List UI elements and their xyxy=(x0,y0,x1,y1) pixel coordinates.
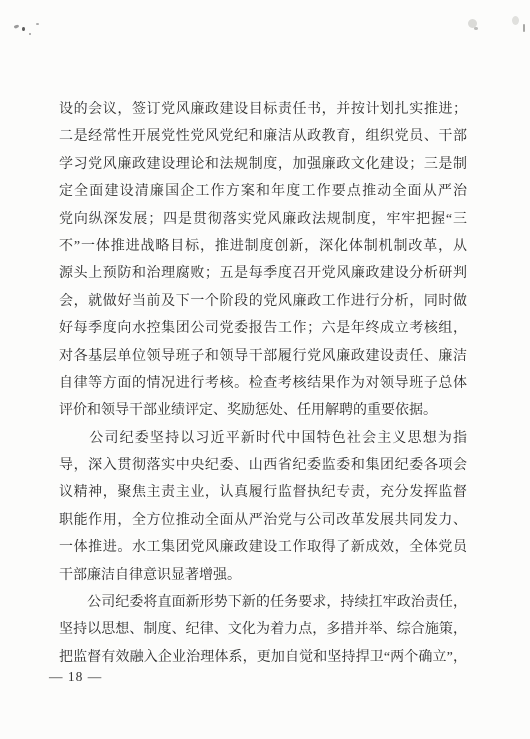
text-line: 自律等方面的情况进行考核。检查考核结果作为对领导班子总体 xyxy=(59,370,467,397)
text-line: 源头上预防和治理腐败；五是每季度召开党风廉政建设分析研判 xyxy=(59,260,467,287)
scan-speck-icon xyxy=(22,27,25,31)
text-line: 二是经常性开展党性党风党纪和廉洁从政教育，组织党员、干部 xyxy=(59,123,467,150)
text-line: 会，就做好当前及下一个阶段的党风廉政工作进行分析，同时做 xyxy=(59,288,467,315)
text-line: 公司纪委将直面新形势下新的任务要求，持续扛牢政治责任， xyxy=(59,589,467,616)
text-line: 学习党风廉政建设理论和法规制度，加强廉政文化建设；三是制 xyxy=(59,151,467,178)
text-line: 公司纪委坚持以习近平新时代中国特色社会主义思想为指 xyxy=(59,425,467,452)
body-text: 设的会议，签订党风廉政建设目标责任书，并按计划扎实推进；二是经常性开展党性党风党… xyxy=(59,96,467,671)
text-line: 评价和领导干部业绩评定、奖励惩处、任用解聘的重要依据。 xyxy=(59,397,467,424)
text-line: 把监督有效融入企业治理体系，更加自觉和坚持捍卫“两个确立”， xyxy=(59,644,467,671)
text-line: 定全面建设清廉国企工作方案和年度工作要点推动全面从严治 xyxy=(59,178,467,205)
text-line: 设的会议，签订党风廉政建设目标责任书，并按计划扎实推进； xyxy=(59,96,467,123)
text-line: 导，深入贯彻落实中央纪委、山西省纪委监委和集团纪委各项会 xyxy=(59,452,467,479)
scan-speck-icon xyxy=(474,27,478,30)
text-line: 干部廉洁自律意识显著增强。 xyxy=(59,562,467,589)
scan-speck-icon xyxy=(512,16,519,25)
scan-speck-icon xyxy=(14,24,20,29)
text-line: 好每季度向水控集团公司党委报告工作；六是年终成立考核组， xyxy=(59,315,467,342)
text-line: 坚持以思想、制度、纪律、文化为着力点，多措并举、综合施策， xyxy=(59,616,467,643)
document-page: 设的会议，签订党风廉政建设目标责任书，并按计划扎实推进；二是经常性开展党性党风党… xyxy=(0,0,530,739)
scan-speck-icon xyxy=(36,23,39,25)
text-line: 不”一体推进战略目标，推进制度创新，深化体制机制改革，从 xyxy=(59,233,467,260)
scan-speck-icon xyxy=(523,24,525,32)
text-line: 职能作用，全方位推动全面从严治党与公司改革发展共同发力、 xyxy=(59,507,467,534)
text-line: 议精神，聚焦主责主业，认真履行监督执纪专责，充分发挥监督 xyxy=(59,479,467,506)
text-line: 一体推进。水工集团党风廉政建设工作取得了新成效，全体党员 xyxy=(59,534,467,561)
scan-speck-icon xyxy=(29,33,31,35)
text-line: 党向纵深发展；四是贯彻落实党风廉政法规制度，牢牢把握“三 xyxy=(59,206,467,233)
page-number: — 18 — xyxy=(49,668,102,686)
text-line: 对各基层单位领导班子和领导干部履行党风廉政建设责任、廉洁 xyxy=(59,343,467,370)
